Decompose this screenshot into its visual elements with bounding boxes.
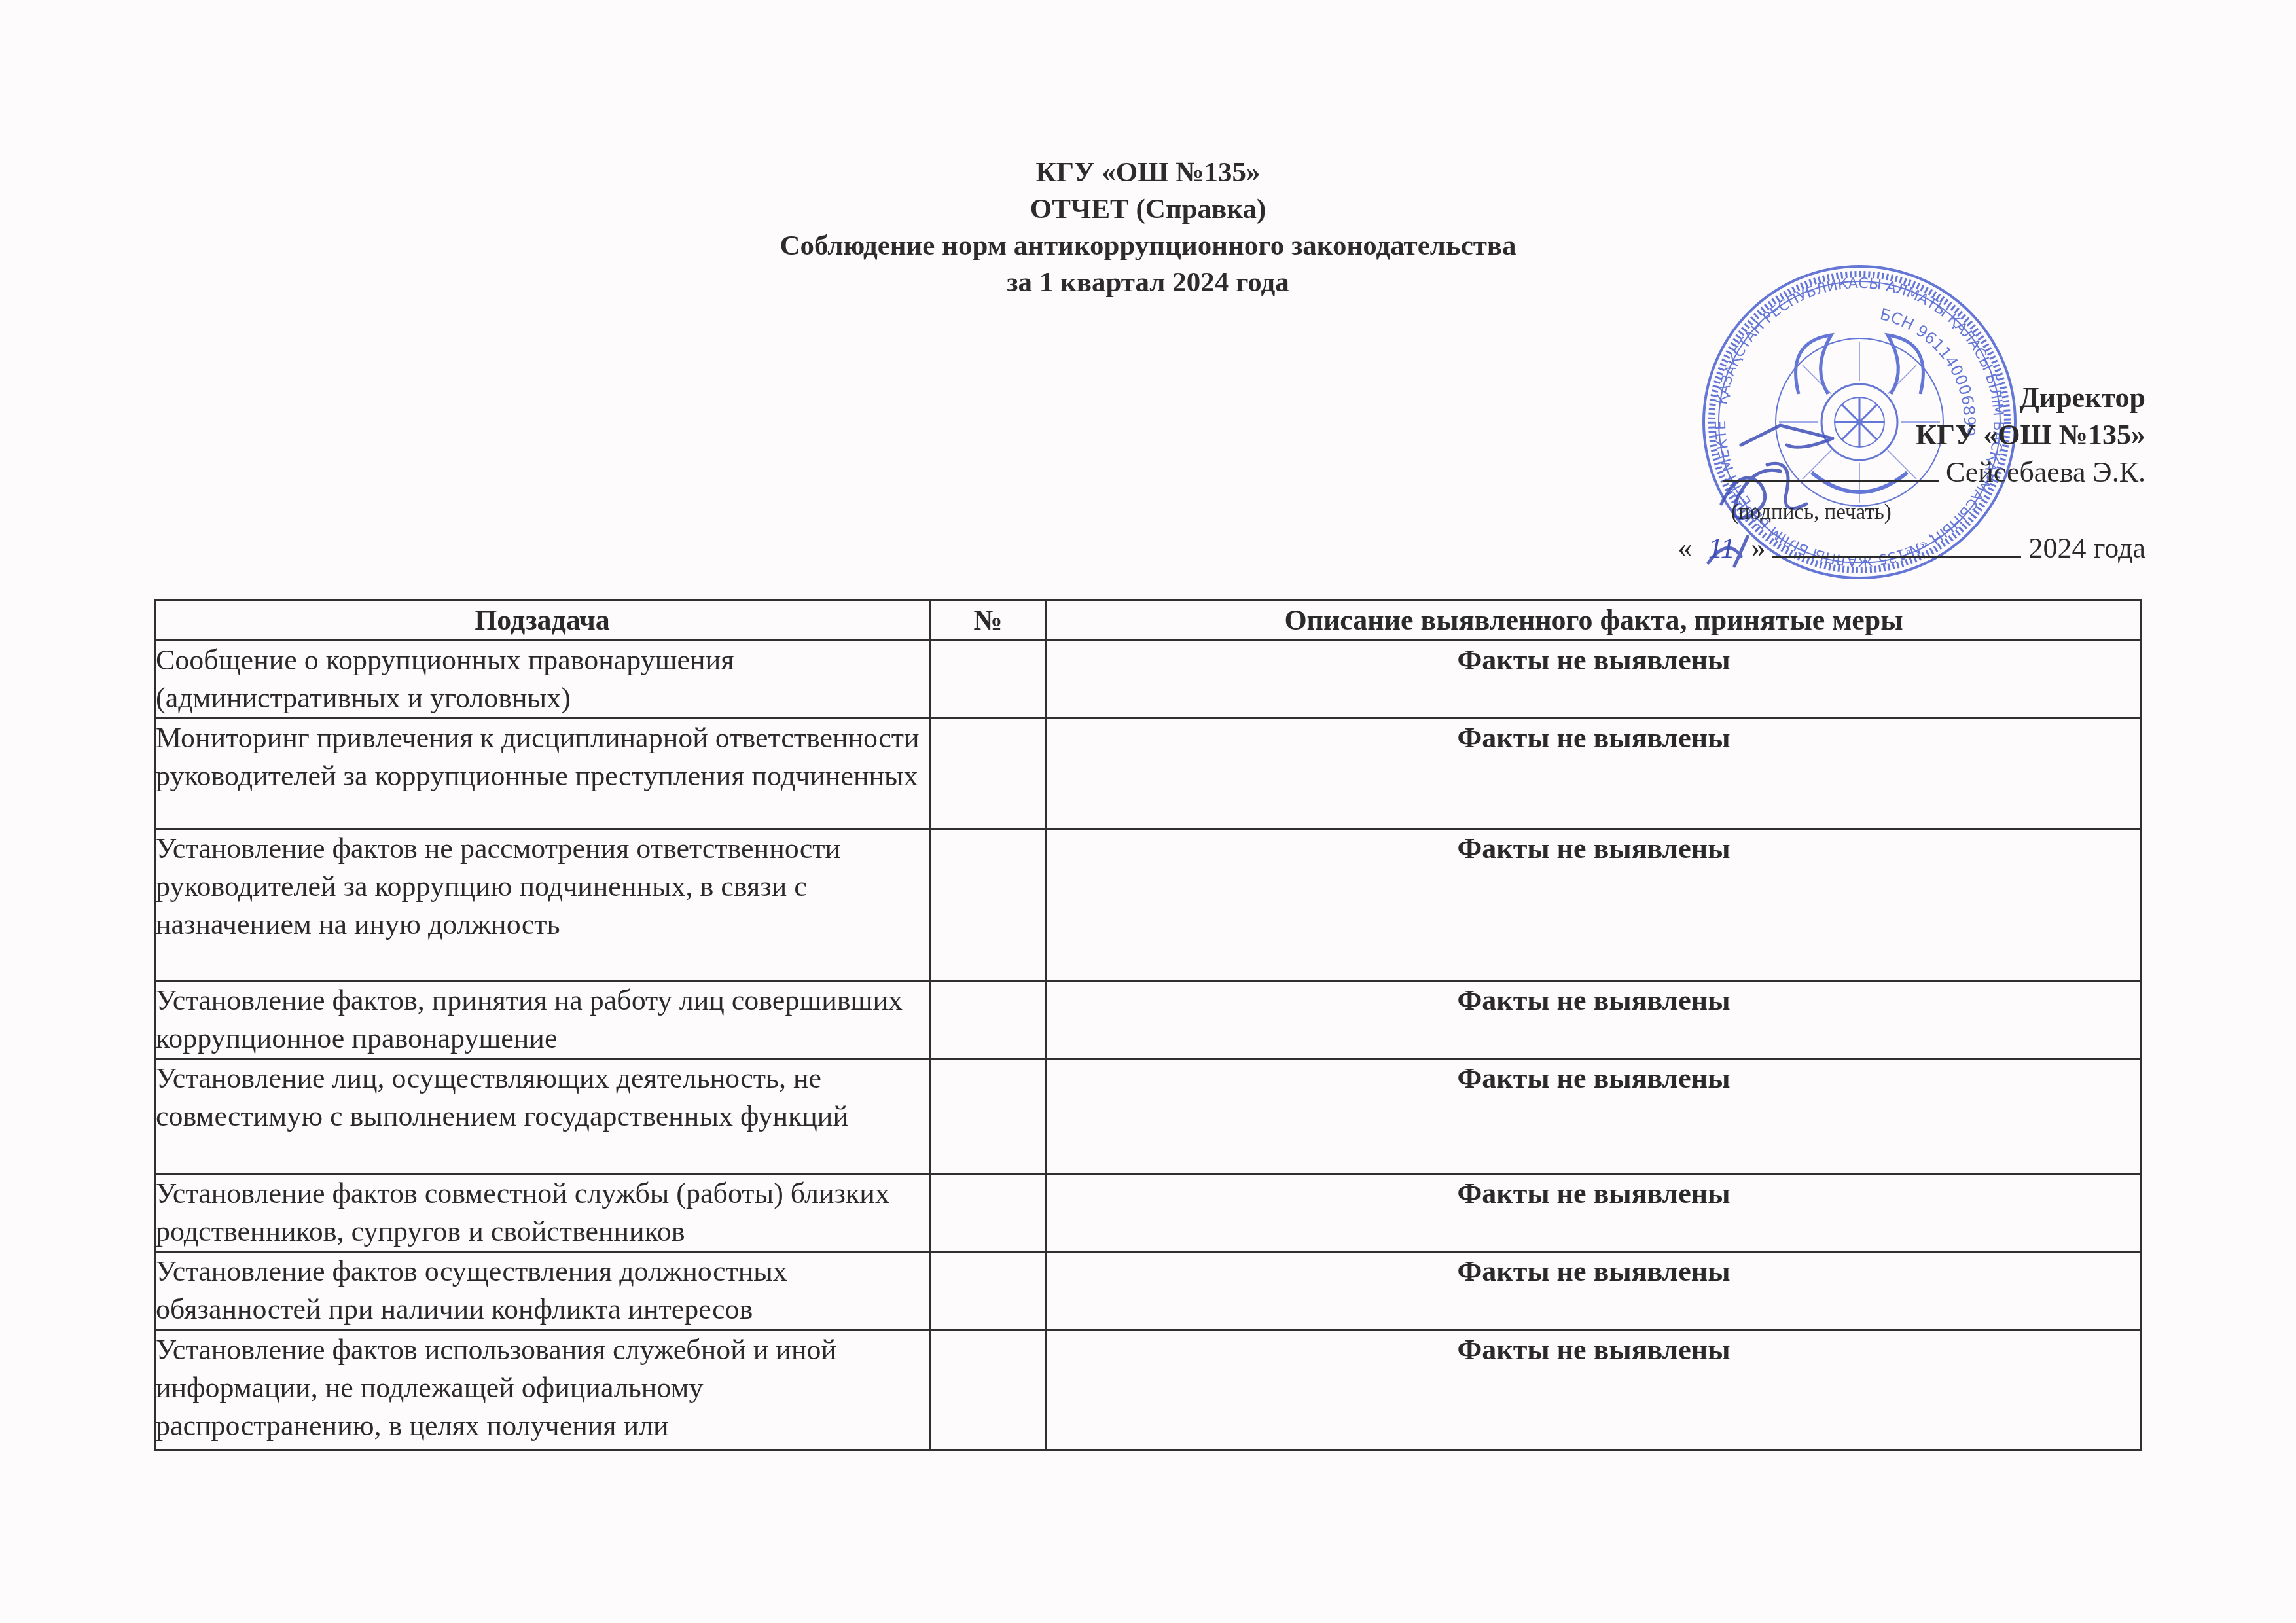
row-number: [930, 641, 1047, 719]
approver-name-line: Сейсебаева Э.К.: [1723, 455, 2145, 490]
date-day-handwritten: 11: [1692, 531, 1751, 566]
table-row: Установление лиц, осуществляющих деятель…: [155, 1059, 2142, 1174]
table-header-row: Подзадача № Описание выявленного факта, …: [155, 601, 2142, 641]
table-row: Установление фактов совместной службы (р…: [155, 1174, 2142, 1252]
date-open-quote: «: [1677, 532, 1692, 564]
title-subject: Соблюдение норм антикоррупционного закон…: [0, 228, 2296, 264]
title-organization: КГУ «ОШ №135»: [0, 154, 2296, 191]
approver-position: Директор: [2020, 380, 2145, 416]
row-description: Факты не выявлены: [1047, 1330, 2142, 1450]
row-subtask: Установление лиц, осуществляющих деятель…: [155, 1059, 930, 1174]
row-subtask: Установление фактов совместной службы (р…: [155, 1174, 930, 1252]
row-number: [930, 1330, 1047, 1450]
signature-underline: [1723, 456, 1939, 482]
date-close-quote: »: [1751, 532, 1765, 564]
title-report-type: ОТЧЕТ (Справка): [0, 191, 2296, 228]
row-description: Факты не выявлены: [1047, 1252, 2142, 1330]
date-month-underline: [1772, 532, 2021, 558]
row-number: [930, 1252, 1047, 1330]
report-table: Подзадача № Описание выявленного факта, …: [154, 599, 2142, 1451]
table-row: Мониторинг привлечения к дисциплинарной …: [155, 719, 2142, 829]
row-description: Факты не выявлены: [1047, 641, 2142, 719]
approval-date-line: «11» 2024 года: [1677, 531, 2145, 566]
row-description: Факты не выявлены: [1047, 1174, 2142, 1252]
header-description: Описание выявленного факта, принятые мер…: [1047, 601, 2142, 641]
header-subtask: Подзадача: [155, 601, 930, 641]
row-number: [930, 981, 1047, 1059]
row-number: [930, 719, 1047, 829]
approver-organization: КГУ «ОШ №135»: [1916, 418, 2145, 453]
row-subtask: Установление фактов, принятия на работу …: [155, 981, 930, 1059]
row-number: [930, 1059, 1047, 1174]
signature-caption: (подпись, печать): [1731, 501, 1892, 525]
row-subtask: Мониторинг привлечения к дисциплинарной …: [155, 719, 930, 829]
row-subtask: Сообщение о коррупционных правонарушения…: [155, 641, 930, 719]
row-description: Факты не выявлены: [1047, 981, 2142, 1059]
row-description: Факты не выявлены: [1047, 829, 2142, 981]
header-number: №: [930, 601, 1047, 641]
row-number: [930, 829, 1047, 981]
date-year: 2024 года: [2028, 532, 2145, 564]
approver-name: Сейсебаева Э.К.: [1946, 456, 2145, 488]
row-description: Факты не выявлены: [1047, 1059, 2142, 1174]
row-subtask: Установление фактов осуществления должно…: [155, 1252, 930, 1330]
row-subtask: Установление фактов использования служеб…: [155, 1330, 930, 1450]
table-row: Установление фактов, принятия на работу …: [155, 981, 2142, 1059]
row-number: [930, 1174, 1047, 1252]
row-subtask: Установление фактов не рассмотрения отве…: [155, 829, 930, 981]
table-row: Установление фактов использования служеб…: [155, 1330, 2142, 1450]
table-row: Установление фактов осуществления должно…: [155, 1252, 2142, 1330]
table-row: Установление фактов не рассмотрения отве…: [155, 829, 2142, 981]
row-description: Факты не выявлены: [1047, 719, 2142, 829]
table-row: Сообщение о коррупционных правонарушения…: [155, 641, 2142, 719]
